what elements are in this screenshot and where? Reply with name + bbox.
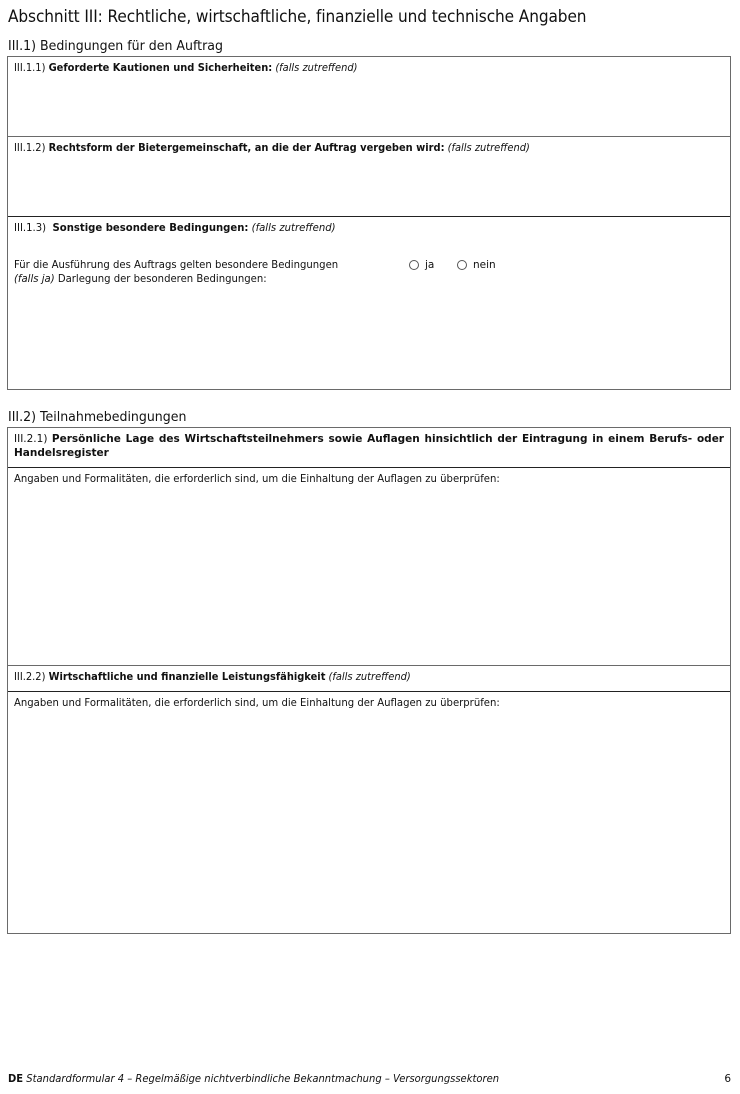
body-text: Angaben und Formalitäten, die erforderli… xyxy=(14,696,500,710)
field-iii-1-2[interactable]: III.1.2) Rechtsform der Bietergemeinscha… xyxy=(8,136,730,216)
field-label: Rechtsform der Bietergemeinschaft, an di… xyxy=(49,142,445,154)
field-number: III.1.2) xyxy=(14,142,45,154)
followup-label: (falls ja) Darlegung der besonderen Bedi… xyxy=(14,272,277,286)
field-iii-1-1-label: III.1.1) Geforderte Kautionen und Sicher… xyxy=(14,61,379,75)
field-note: (falls zutreffend) xyxy=(448,142,530,154)
field-iii-2-2-body[interactable]: Angaben und Formalitäten, die erforderli… xyxy=(8,691,730,932)
page-number: 6 xyxy=(724,1073,731,1085)
field-number: III.1.1) xyxy=(14,62,45,74)
followup-note: (falls ja) xyxy=(14,273,55,285)
question-text: Für die Ausführung des Auftrags gelten b… xyxy=(14,258,338,272)
field-note: (falls zutreffend) xyxy=(252,222,336,234)
radio-nein-label[interactable]: nein xyxy=(473,258,496,272)
section-heading-iii-2: III.2) Teilnahmebedingungen xyxy=(8,409,200,425)
field-iii-2-2-label: III.2.2) Wirtschaftliche und finanzielle… xyxy=(14,670,436,684)
section-heading-text: III.1) Bedingungen für den Auftrag xyxy=(8,38,223,54)
radio-ja[interactable] xyxy=(409,260,419,270)
followup-text: Darlegung der besonderen Bedingungen: xyxy=(58,273,267,285)
footer-language: DE xyxy=(8,1073,23,1085)
field-iii-1-1[interactable]: III.1.1) Geforderte Kautionen und Sicher… xyxy=(8,57,730,136)
field-iii-2-2-header: III.2.2) Wirtschaftliche und finanzielle… xyxy=(8,665,730,691)
section-box-iii-2: III.2.1) Persönliche Lage des Wirtschaft… xyxy=(7,427,731,934)
radio-nein[interactable] xyxy=(457,260,467,270)
body-text: Angaben und Formalitäten, die erforderli… xyxy=(14,472,500,486)
page-title-text: Abschnitt III: Rechtliche, wirtschaftlic… xyxy=(8,7,586,26)
footer-form-title: Standardformular 4 – Regelmäßige nichtve… xyxy=(26,1073,499,1085)
field-label: Geforderte Kautionen und Sicherheiten: xyxy=(49,62,273,74)
section-heading-text: III.2) Teilnahmebedingungen xyxy=(8,409,186,425)
field-iii-2-1-header: III.2.1) Persönliche Lage des Wirtschaft… xyxy=(8,428,730,467)
page-title: Abschnitt III: Rechtliche, wirtschaftlic… xyxy=(8,7,630,26)
field-note: (falls zutreffend) xyxy=(275,62,357,74)
section-box-iii-1: III.1.1) Geforderte Kautionen und Sicher… xyxy=(7,56,731,390)
field-iii-2-1-body-text: Angaben und Formalitäten, die erforderli… xyxy=(14,472,520,486)
field-label: Sonstige besondere Bedingungen: xyxy=(53,222,249,234)
field-label: Persönliche Lage des Wirtschaftsteilnehm… xyxy=(14,433,724,459)
field-number: III.2.1) xyxy=(14,433,47,445)
field-note: (falls zutreffend) xyxy=(329,671,411,683)
page-footer: DE Standardformular 4 – Regelmäßige nich… xyxy=(8,1073,525,1085)
field-iii-1-3[interactable]: III.1.3) Sonstige besondere Bedingungen:… xyxy=(8,216,730,389)
radio-ja-label[interactable]: ja xyxy=(425,258,434,272)
field-iii-2-1-label: III.2.1) Persönliche Lage des Wirtschaft… xyxy=(14,432,724,460)
field-iii-1-3-label: III.1.3) Sonstige besondere Bedingungen:… xyxy=(14,221,349,235)
special-conditions-question: Für die Ausführung des Auftrags gelten b… xyxy=(14,258,352,272)
section-heading-iii-1: III.1) Bedingungen für den Auftrag xyxy=(8,38,239,54)
field-iii-2-1-body[interactable]: Angaben und Formalitäten, die erforderli… xyxy=(8,467,730,665)
field-number: III.1.3) xyxy=(14,222,46,234)
field-iii-1-2-label: III.1.2) Rechtsform der Bietergemeinscha… xyxy=(14,141,563,155)
field-number: III.2.2) xyxy=(14,671,45,683)
field-iii-2-2-body-text: Angaben und Formalitäten, die erforderli… xyxy=(14,696,520,710)
field-label: Wirtschaftliche und finanzielle Leistung… xyxy=(49,671,326,683)
